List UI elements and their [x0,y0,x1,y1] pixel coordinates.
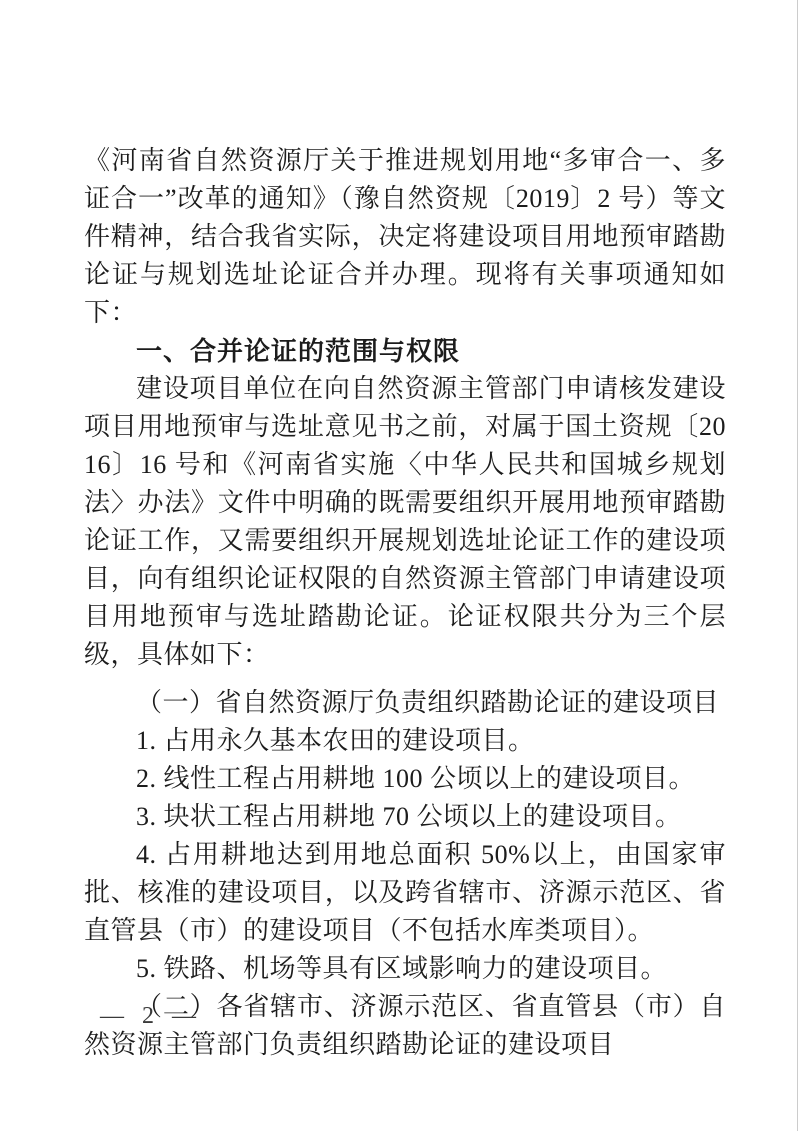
section-heading: 一、合并论证的范围与权限 [84,332,726,370]
continuation-paragraph: 《河南省自然资源厅关于推进规划用地“多审合一、多证合一”改革的通知》（豫自然资规… [84,142,726,332]
subsection-1-heading: （一）省自然资源厅负责组织踏勘论证的建设项目 [84,684,726,722]
section-intro-paragraph: 建设项目单位在向自然资源主管部门申请核发建设项目用地预审与选址意见书之前，对属于… [84,370,726,674]
list-item-4: 4. 占用耕地达到用地总面积 50%以上，由国家审批、核准的建设项目，以及跨省辖… [84,836,726,950]
list-item-1: 1. 占用永久基本农田的建设项目。 [84,722,726,760]
document-body: 《河南省自然资源厅关于推进规划用地“多审合一、多证合一”改革的通知》（豫自然资规… [84,142,726,1064]
page-number: — 2 — [100,1000,202,1032]
scan-edge-artifact [797,0,798,1131]
list-item-5: 5. 铁路、机场等具有区域影响力的建设项目。 [84,950,726,988]
document-page: 《河南省自然资源厅关于推进规划用地“多审合一、多证合一”改革的通知》（豫自然资规… [0,0,800,1131]
list-item-3: 3. 块状工程占用耕地 70 公顷以上的建设项目。 [84,798,726,836]
list-item-2: 2. 线性工程占用耕地 100 公顷以上的建设项目。 [84,760,726,798]
spacer [84,674,726,684]
